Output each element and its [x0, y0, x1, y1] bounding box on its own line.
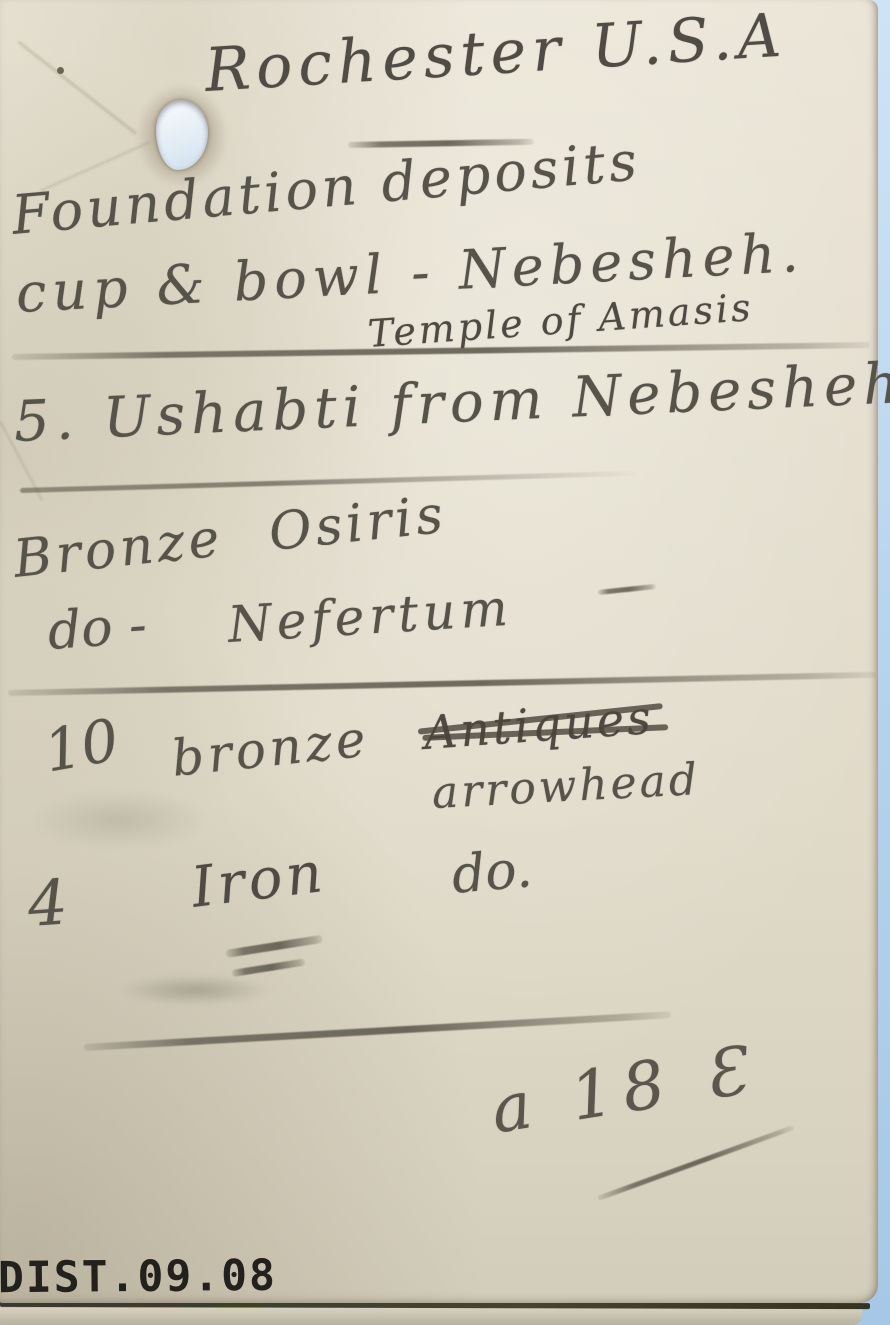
ruled-line — [20, 471, 640, 493]
iron-double-underline — [231, 958, 305, 976]
signature-initials: a 18 Ɛ — [486, 1031, 761, 1149]
signature-underline — [597, 1125, 794, 1201]
entry-ushabti: 5. Ushabti from Nebesheh — [13, 351, 890, 455]
entry-arrowheads-word: arrowhead — [431, 754, 702, 819]
entry-bronze-nefertum: Nefertum — [226, 579, 514, 654]
paper-crease — [17, 40, 137, 135]
iron-double-underline — [225, 935, 323, 958]
backing-paper-strip — [0, 1308, 862, 1325]
entry-iron-ditto: do. — [449, 839, 534, 906]
entry-bronze-ditto: do - — [46, 595, 149, 662]
archive-number-stamp: DIST.09.08 — [0, 1251, 277, 1303]
osiris-dash-mark — [598, 584, 656, 595]
entry-iron-material: Iron — [188, 840, 330, 921]
pencil-smudge — [120, 975, 270, 1005]
pencil-smudge — [30, 790, 210, 850]
archive-card: Rochester U.S.A Foundation deposits cup … — [0, 0, 878, 1303]
paper-speck — [57, 67, 64, 74]
entry-bronze-osiris: Bronze Osiris — [11, 485, 450, 590]
entry-arrowheads-qty: 10 — [39, 706, 123, 786]
entry-foundation-line1: Foundation deposits — [9, 129, 643, 247]
title-rochester-usa: Rochester U.S.A — [203, 0, 789, 105]
entry-iron-qty: 4 — [25, 865, 69, 941]
ruled-line — [8, 672, 876, 696]
entry-arrowheads-struck-word: Antiques — [422, 690, 655, 760]
entry-arrowheads-material: bronze — [169, 709, 372, 787]
long-pencil-rule — [84, 1011, 671, 1051]
